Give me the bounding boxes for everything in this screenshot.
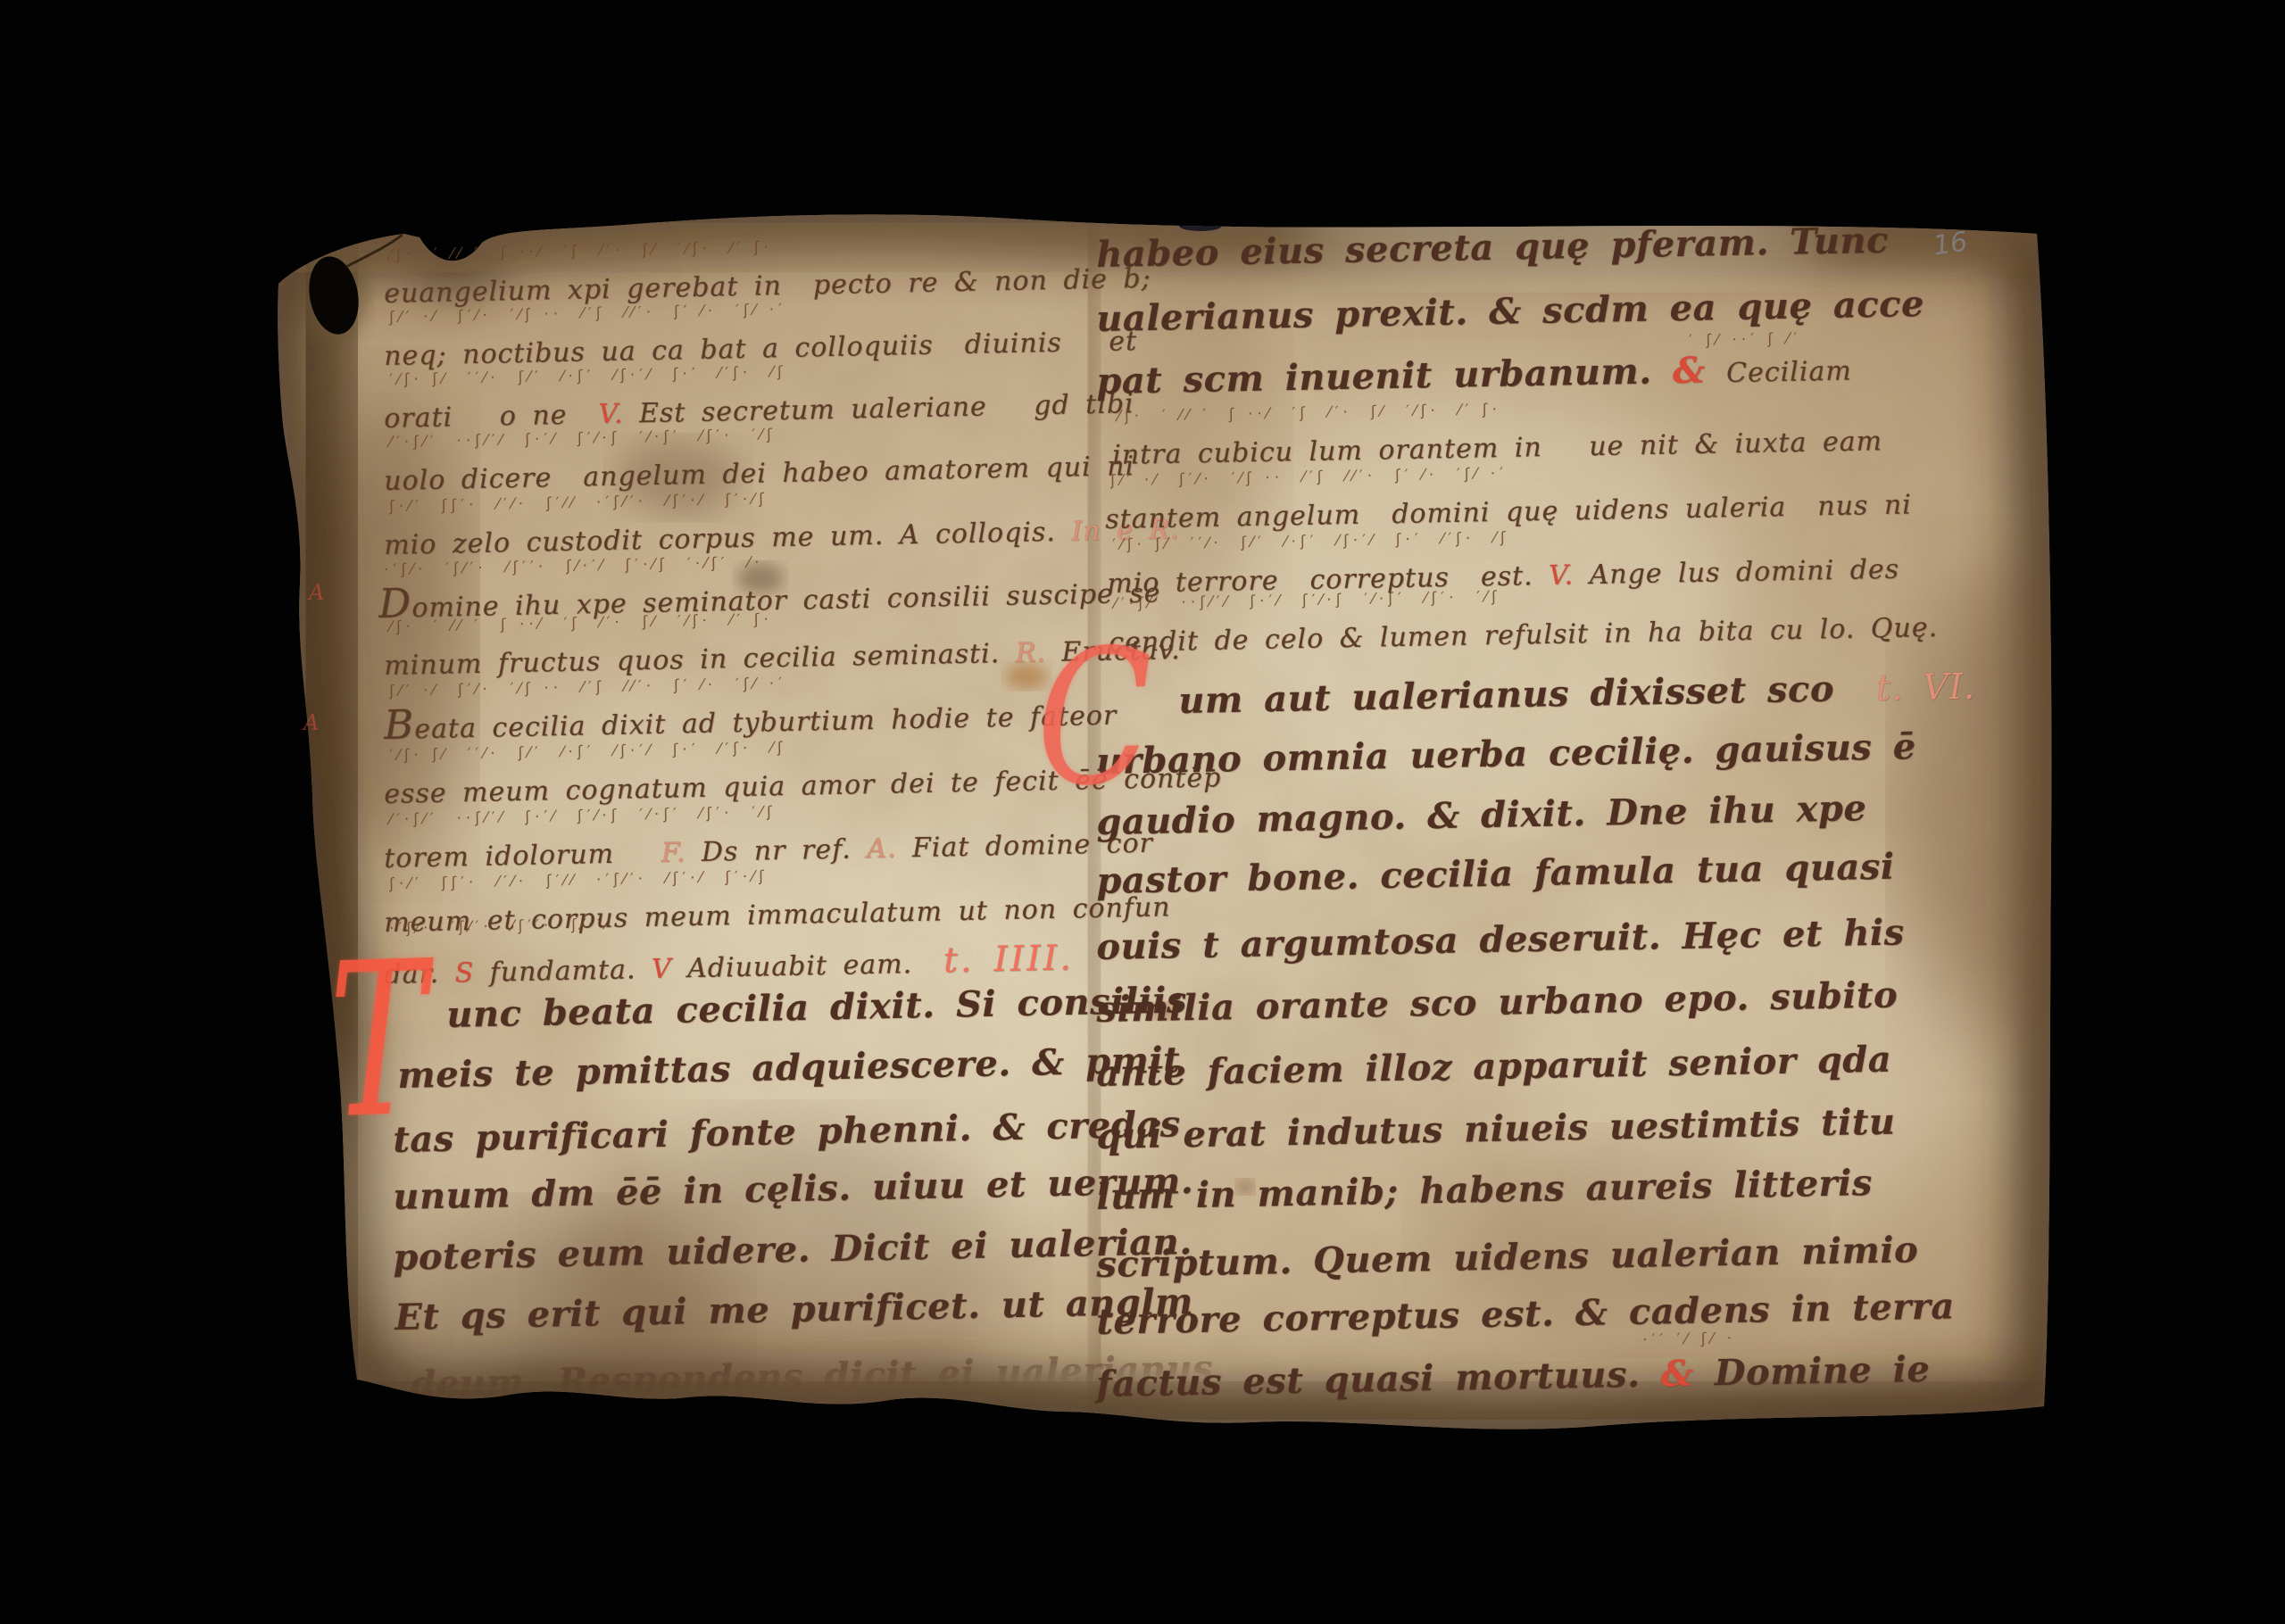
neume-row: ⁄ʃ· ′ ⁄⁄ ′ ʃ ··⁄ ′ʃ ⁄′· ʃ⁄ ′⁄ʃ· ⁄′ ʃ· <box>389 240 773 263</box>
text-line: uolo dicere angelum dei habeo amatorem q… <box>384 453 1134 495</box>
text-segment: habeo eius secreta quę pferam. Tunc <box>1096 220 1889 276</box>
text-line: tas purificari fonte phenni. & credas <box>393 1106 1181 1158</box>
text-line: stantem angelum domini quę uidens ualeri… <box>1105 492 1912 534</box>
text-segment: V. <box>1549 559 1590 592</box>
text-segment: minum fructus quos in cecilia seminasti. <box>384 638 1016 682</box>
neume-row: ·′′ ′⁄ ʃ⁄ · <box>1642 1331 1736 1348</box>
text-line: cendit de celo & lumen refulsit in ha bi… <box>1109 615 1938 657</box>
text-segment: Adiuuabit eam. <box>687 948 944 984</box>
text-line: terrore correptus est. & cadens in terra <box>1096 1288 1955 1340</box>
text-segment: unc beata cecilia dixit. Si consiliis <box>446 979 1187 1036</box>
text-line: Beata cecilia dixit ad tyburtium hodie t… <box>384 703 1118 744</box>
text-line: qui erat indutus niueis uestimtis titu <box>1096 1105 1896 1155</box>
text-segment: terrore correptus est. & cadens in terra <box>1096 1285 1955 1343</box>
text-segment: tas purificari fonte phenni. & credas <box>393 1103 1181 1161</box>
text-line: similia orante sco urbano epo. subito <box>1096 978 1899 1028</box>
margin-rubric-mark: A <box>309 582 324 603</box>
text-line: mio terrore correptus est. V. Ange lus d… <box>1107 557 1899 598</box>
text-segment: ante faciem illoz apparuit senior qda <box>1096 1039 1892 1095</box>
text-segment: Ds nr ref. <box>702 833 868 868</box>
text-line: dar. S fundamta. V Adiuuabit eam. t. III… <box>384 940 1074 989</box>
folio-number: 16 <box>1932 227 1970 262</box>
text-segment: S <box>454 957 490 990</box>
manuscript-photo: ⁄ʃ· ′ ⁄⁄ ′ ʃ ··⁄ ′ʃ ⁄′· ʃ⁄ ′⁄ʃ· ⁄′ ʃ·eua… <box>0 0 2285 1624</box>
text-segment: unum dm ēē in cęlis. uiuu et uerum. <box>393 1160 1194 1218</box>
text-line: mio zelo custodit corpus me um. A colloq… <box>384 517 1180 559</box>
text-line: poteris eum uidere. Dicit ei ualerian. <box>393 1224 1192 1276</box>
text-segment: pastor bone. cecilia famula tua quasi <box>1096 846 1895 902</box>
text-line: gaudio magno. & dixit. Dne ihu xpe <box>1096 791 1867 841</box>
text-segment: gaudio magno. & dixit. Dne ihu xpe <box>1096 787 1867 843</box>
text-line: urbano omnia uerba cecilię. gauisus ē <box>1096 729 1916 780</box>
text-line: Et qs erit qui me purificet. ut anglm <box>395 1284 1193 1336</box>
text-line: intra cubicu lum orantem in ue nit & iux… <box>1112 428 1882 469</box>
text-segment: Domine ie <box>1714 1348 1930 1394</box>
text-line: um aut ualerianus dixisset sco t. VI. <box>1178 669 1975 719</box>
text-segment: torem idolorum <box>384 838 661 874</box>
margin-rubric-mark: A <box>303 712 319 733</box>
text-line: pat scm inuenit urbanum. & Ceciliam <box>1096 350 1852 400</box>
neume-row: ′ ʃ⁄ ··′ ʃ ⁄′ <box>1689 332 1801 349</box>
text-segment: A. <box>867 833 912 865</box>
text-segment: pat scm inuenit urbanum. <box>1096 350 1674 402</box>
text-line: lum in manib; habens aureis litteris <box>1096 1165 1873 1215</box>
text-line: unum dm ēē in cęlis. uiuu et uerum. <box>393 1164 1194 1215</box>
text-segment: scriptum. Quem uidens ualerian nimio <box>1096 1229 1919 1286</box>
text-segment: V. <box>598 398 639 430</box>
text-segment: cendit de celo & lumen refulsit in ha bi… <box>1109 612 1938 659</box>
text-line: ouis t argumtosa deseruit. Hęc et his <box>1096 915 1905 965</box>
text-segment: um aut ualerianus dixisset sco <box>1178 667 1876 722</box>
drop-cap-T-initial: T <box>328 956 428 1129</box>
text-segment: qui erat indutus niueis uestimtis titu <box>1096 1101 1896 1157</box>
text-segment: F. <box>661 837 702 869</box>
text-line: unc beata cecilia dixit. Si consiliis <box>446 982 1187 1033</box>
text-segment: Et qs erit qui me purificet. ut anglm <box>395 1280 1193 1338</box>
text-segment: urbano omnia uerba cecilię. gauisus ē <box>1096 725 1916 783</box>
text-line: meis te pmittas adquiescere. & pmit <box>397 1042 1180 1094</box>
neume-row: ⁄ʃ· ′ ⁄⁄ ′ ʃ ··⁄ ′ʃ ⁄′· ʃ⁄ ′⁄ʃ· ⁄′ ʃ· <box>1118 402 1501 425</box>
text-segment: Ceciliam <box>1726 355 1852 389</box>
text-segment: meis te pmittas adquiescere. & pmit <box>397 1039 1181 1097</box>
text-line: torem idolorum F. Ds nr ref. A. Fiat dom… <box>384 831 1153 873</box>
text-segment: poteris eum uidere. Dicit ei ualerian. <box>393 1221 1192 1279</box>
text-segment: V <box>652 953 688 985</box>
text-segment: B <box>384 700 415 749</box>
text-segment: Est secretum ualeriane gd tibi <box>639 388 1134 429</box>
text-line: scriptum. Quem uidens ualerian nimio <box>1096 1232 1919 1283</box>
text-layer: ⁄ʃ· ′ ⁄⁄ ′ ʃ ··⁄ ′ʃ ⁄′· ʃ⁄ ′⁄ʃ· ⁄′ ʃ·eua… <box>0 0 2285 1624</box>
text-segment: ouis t argumtosa deseruit. Hęc et his <box>1096 911 1905 968</box>
text-line: ante faciem illoz apparuit senior qda <box>1096 1042 1892 1092</box>
text-segment: lum in manib; habens aureis litteris <box>1096 1162 1873 1218</box>
text-line: habeo eius secreta quę pferam. Tunc <box>1096 223 1889 273</box>
text-segment: Ange lus domini des <box>1589 554 1899 591</box>
text-segment: similia orante sco urbano epo. subito <box>1096 974 1899 1031</box>
drop-cap-C-initial: C <box>1035 643 1154 794</box>
text-segment: fundamta. <box>489 954 652 989</box>
text-segment: t. VI. <box>1876 667 1976 709</box>
text-segment: & <box>1660 1352 1715 1395</box>
text-segment: & <box>1673 349 1727 392</box>
text-line: pastor bone. cecilia famula tua quasi <box>1096 849 1895 899</box>
text-segment: t. IIII. <box>943 938 1074 981</box>
